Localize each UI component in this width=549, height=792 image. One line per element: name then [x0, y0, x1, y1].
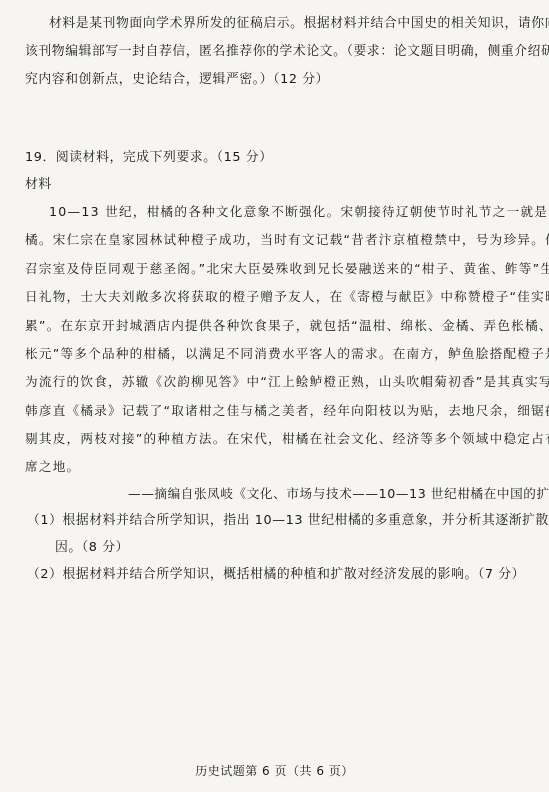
material-line-9: 剔其皮，两枝对接”的种植方法。在宋代，柑橘在社会文化、经济等多个领域中稳定占有一 — [25, 431, 549, 447]
material-line-5: 累”。在东京开封城酒店内提供各种饮食果子，就包括“温柑、绵枨、金橘、弄色枨橘、香 — [25, 318, 549, 334]
material-line-2: 橘。宋仁宗在皇家园林试种橙子成功，当时有文记载“昔者汴京植橙禁中，号为珍异。仁宗 — [25, 232, 549, 248]
material-source: ——摘编自张凤岐《文化、市场与技术——10—13 世纪柑橘在中国的扩张》 — [128, 486, 549, 502]
material-line-6: 枨元”等多个品种的柑橘，以满足不同消费水平客人的需求。在南方，鲈鱼脍搭配橙子是颇 — [25, 346, 549, 362]
prior-question-line-3: 究内容和创新点，史论结合，逻辑严密。）（12 分） — [25, 72, 329, 88]
sub-question-2-line-1: （2）根据材料并结合所学知识，概括柑橘的种植和扩散对经济发展的影响。（7 分） — [27, 567, 525, 583]
exam-page: 材料是某刊物面向学术界所发的征稿启示。根据材料并结合中国史的相关知识，请你向 该… — [0, 0, 549, 792]
material-label: 材料 — [25, 177, 52, 193]
material-line-4: 日礼物，士大夫刘敞多次将获取的橙子赠予友人，在《寄橙与献臣》中称赞橙子“佳实晓累 — [25, 289, 549, 305]
sub-question-1-line-1: （1）根据材料并结合所学知识，指出 10—13 世纪柑橘的多重意象，并分析其逐渐… — [27, 513, 549, 529]
page-footer: 历史试题第 6 页（共 6 页） — [0, 762, 549, 779]
material-line-3: 召宗室及侍臣同观于慈圣阁。”北宋大臣晏殊收到兄长晏融送来的“柑子、黄雀、鲊等”生 — [25, 261, 549, 277]
question-19-title: 19．阅读材料，完成下列要求。（15 分） — [25, 150, 273, 166]
material-line-1: 10—13 世纪，柑橘的各种文化意象不断强化。宋朝接待辽朝使节时礼节之一就是赏赐… — [49, 204, 549, 220]
material-line-8: 韩彦直《橘录》记载了“取诸柑之佳与橘之美者，经年向阳枝以为贴，去地尺余，细锯截之… — [25, 403, 549, 419]
prior-question-line-1: 材料是某刊物面向学术界所发的征稿启示。根据材料并结合中国史的相关知识，请你向 — [49, 16, 549, 32]
material-line-7: 为流行的饮食，苏辙《次韵柳见答》中“江上鲙鲈橙正熟，山头吹帽菊初香”是其真实写照… — [25, 374, 549, 390]
material-line-10: 席之地。 — [25, 459, 80, 475]
sub-question-1-line-2: 因。（8 分） — [55, 540, 129, 556]
prior-question-line-2: 该刊物编辑部写一封自荐信，匿名推荐你的学术论文。（要求：论文题目明确，侧重介绍研 — [25, 44, 549, 60]
